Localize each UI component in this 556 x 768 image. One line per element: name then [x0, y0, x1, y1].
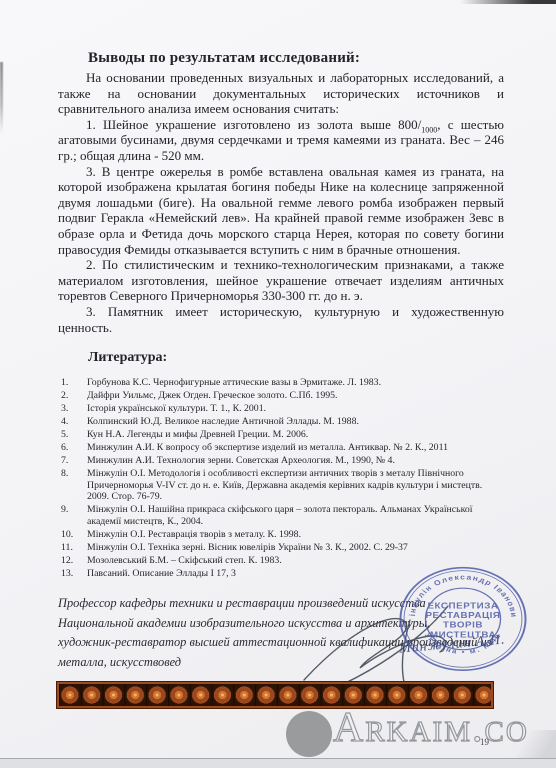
paragraph-item-2: 2. По стилистическим и технико-технологи… — [58, 257, 504, 304]
literature-item: Павсаний. Описание Эллады I 17, 3 — [58, 568, 504, 580]
document-heading: Выводы по результатам исследований: — [88, 50, 504, 67]
literature-item: Мозолевський Б.М. – Скіфський степ. К. 1… — [58, 555, 504, 567]
paragraph-item-3-center: 3. В центре ожерелья в ромбе вставлена о… — [58, 164, 504, 258]
paragraph-item-1: 1. Шейное украшение изготовлено из золот… — [58, 117, 504, 164]
page-number: 19 — [480, 737, 489, 747]
literature-item: Минжулин А.И. Технология зерни. Советска… — [58, 455, 504, 467]
literature-item: Мінжулін О.І. Методологія і особливості … — [58, 468, 504, 503]
literature-item-text: Минжулин А.И. Технология зерни. Советска… — [87, 455, 504, 467]
paragraph-item-3-value: 3. Памятник имеет историческую, культурн… — [58, 304, 504, 335]
literature-item-text: Дайфри Уильмс, Джек Огден. Греческое зол… — [87, 390, 504, 402]
scan-artifact-top-right — [460, 0, 556, 4]
literature-item: Минжулин А.И. К вопросу об экспертизе из… — [58, 442, 504, 454]
literature-item: Горбунова К.С. Чернофигурные аттические … — [58, 377, 504, 389]
literature-item: Кун Н.А. Легенды и мифы Древней Греции. … — [58, 429, 504, 441]
paragraph-intro: На основании проведенных визуальных и ла… — [58, 70, 504, 117]
literature-item-text: Мозолевський Б.М. – Скіфський степ. К. 1… — [87, 555, 504, 567]
document-body: Выводы по результатам исследований: На о… — [58, 50, 504, 581]
literature-list: Горбунова К.С. Чернофигурные аттические … — [58, 377, 504, 579]
literature-item-text: Павсаний. Описание Эллады I 17, 3 — [87, 568, 504, 580]
literature-item-text: Історія української культури. Т. 1., К. … — [87, 403, 504, 415]
paragraph-item-1-text: 1. Шейное украшение изготовлено из золот… — [86, 117, 421, 132]
watermark-text: Arkaim.co — [333, 704, 529, 752]
watermark-circle-icon — [286, 711, 332, 757]
literature-item: Дайфри Уильмс, Джек Огден. Греческое зол… — [58, 390, 504, 402]
literature-item-text: Мінжулін О.І. Реставрація творів з метал… — [87, 529, 504, 541]
literature-item-text: Минжулин А.И. К вопросу об экспертизе из… — [87, 442, 504, 454]
scanned-document-page: Выводы по результатам исследований: На о… — [0, 0, 556, 768]
literature-item: Мінжулін О.І. Нашійна прикраса скіфськог… — [58, 504, 504, 527]
literature-item: Мінжулін О.І. Реставрація творів з метал… — [58, 529, 504, 541]
literature-item-text: Мінжулін О.І. Техніка зерні. Вісник ювел… — [87, 542, 504, 554]
literature-item-text: Мінжулін О.І. Методологія і особливості … — [87, 468, 504, 503]
scan-artifact-bottom-edge — [0, 758, 556, 768]
literature-item-text: Горбунова К.С. Чернофигурные аттические … — [87, 377, 504, 389]
literature-item-text: Колпинский Ю.Д. Великое наследие Антично… — [87, 416, 504, 428]
literature-item: Історія української культури. Т. 1., К. … — [58, 403, 504, 415]
scan-artifact-left-edge — [0, 62, 3, 134]
literature-heading: Литература: — [88, 350, 504, 366]
literature-item: Мінжулін О.І. Техніка зерні. Вісник ювел… — [58, 542, 504, 554]
literature-item-text: Кун Н.А. Легенды и мифы Древней Греции. … — [87, 429, 504, 441]
literature-item: Колпинский Ю.Д. Великое наследие Антично… — [58, 416, 504, 428]
literature-item-text: Мінжулін О.І. Нашійна прикраса скіфськог… — [87, 504, 504, 527]
